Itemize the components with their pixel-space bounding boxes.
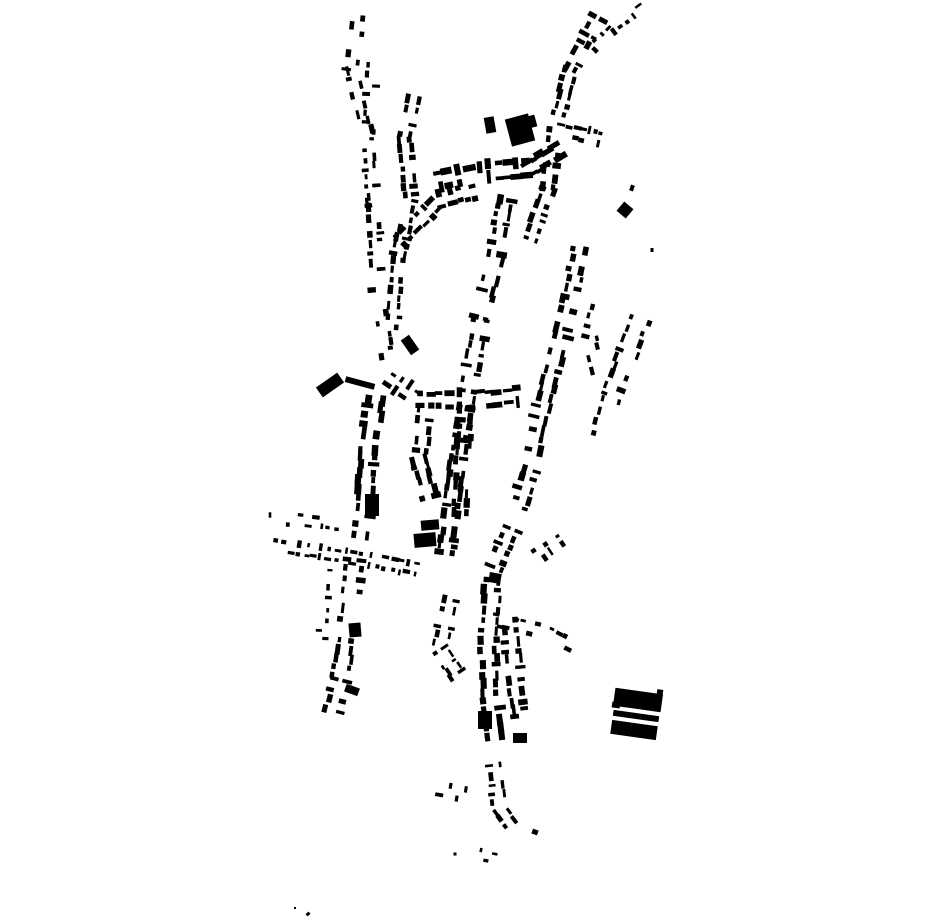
figure-ground-map <box>0 0 930 924</box>
building-footprints <box>269 2 664 916</box>
